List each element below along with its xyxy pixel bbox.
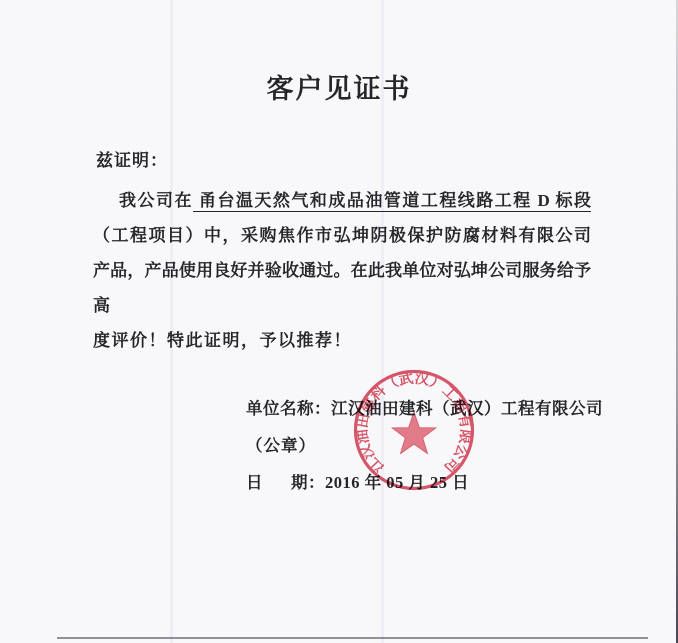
signature-seal-note: （公章） — [246, 432, 316, 456]
star-icon — [392, 412, 436, 454]
certificate-body: 我公司在甬台温天然气和成品油管道工程线路工程 D 标段 （工程项目）中，采购焦作… — [93, 183, 591, 358]
salutation-line: 兹证明： — [96, 146, 168, 171]
project-name-underlined: 甬台温天然气和成品油管道工程线路工程 D 标段 — [193, 191, 591, 212]
date-label-prefix: 日 — [246, 473, 263, 492]
body-line-1-prefix: 我公司在 — [119, 191, 193, 210]
scan-edge-bottom — [57, 637, 648, 639]
company-name-label: 单位名称： — [246, 399, 331, 418]
body-line-4: 度评价！特此证明，予以推荐！ — [93, 323, 591, 358]
company-seal-stamp: 江汉油田建科（武汉）工程有限公司 — [352, 368, 476, 492]
scanned-certificate-page: 客户见证书 兹证明： 我公司在甬台温天然气和成品油管道工程线路工程 D 标段 （… — [0, 0, 678, 643]
document-title: 客户见证书 — [0, 67, 678, 106]
body-line-3: 产品，产品使用良好并验收通过。在此我单位对弘坤公司服务给予高 — [93, 253, 591, 323]
company-seal-svg: 江汉油田建科（武汉）工程有限公司 — [352, 368, 476, 492]
body-line-1: 我公司在甬台温天然气和成品油管道工程线路工程 D 标段 — [93, 183, 591, 218]
body-line-2: （工程项目）中，采购焦作市弘坤阴极保护防腐材料有限公司 — [93, 218, 591, 253]
